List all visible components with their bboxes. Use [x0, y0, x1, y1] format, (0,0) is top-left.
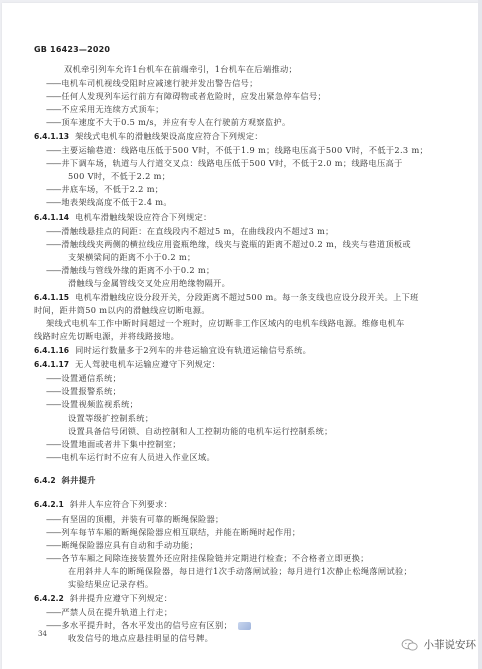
- list-item: ——各节车厢之间除连接装置外还应附挂保险链并定期进行检查；不合格者立即更换；: [46, 553, 369, 564]
- page-number: 34: [38, 630, 47, 638]
- list-dash: ——: [46, 620, 60, 630]
- list-dash: ——: [46, 452, 60, 462]
- list-dash: ——: [46, 386, 60, 396]
- line-text: 无人驾驶电机车运输应遵守下列规定：: [75, 359, 220, 369]
- standard-id: GB 16423—2020: [34, 45, 110, 54]
- list-dash: ——: [46, 553, 60, 563]
- line-text: 时间，距井筒50 m以内的滑触线应切断电源。: [34, 305, 210, 315]
- list-dash: ——: [46, 91, 60, 101]
- text-line: 滑触线与金属管线交叉处应用绝缘物隔开。: [68, 278, 230, 289]
- clause-number: 6.4.2.1: [34, 500, 64, 509]
- line-text: 任何人发现列车运行前方有障碍物或者危险时，应发出紧急停车信号；: [61, 91, 326, 101]
- text-line: 时间，距井筒50 m以内的滑触线应切断电源。: [34, 305, 210, 316]
- line-text: 在用斜井人车的断绳保险器，每日进行1次手动落闸试验；每月进行1次静止松绳落闸试验…: [68, 566, 412, 576]
- list-dash: ——: [46, 78, 60, 88]
- list-item: ——严禁人员在提升轨道上行走；: [46, 607, 172, 618]
- scrollbar-track[interactable]: [478, 0, 482, 669]
- list-item: ——井底车场，不低于2.2 m；: [46, 184, 163, 195]
- text-line: 架线式电机车工作中断时间超过一个班时，应切断非工作区域内的电机车线路电源。维修电…: [46, 318, 405, 329]
- list-dash: ——: [46, 117, 60, 127]
- line-text: 井下调车场，轨道与人行道交叉点：线路电压低于500 V时，不低于2.0 m；线路…: [61, 158, 402, 168]
- line-text: 严禁人员在提升轨道上行走；: [61, 607, 172, 617]
- list-dash: ——: [46, 197, 60, 207]
- line-text: 地表架线高度不低于2.4 m。: [61, 197, 172, 207]
- clause-line: 6.4.2.2斜井提升应遵守下列规定：: [34, 593, 172, 604]
- line-text: 设置通信系统；: [61, 373, 121, 383]
- clause-number: 6.4.1.17: [34, 360, 69, 369]
- list-item: ——设置通信系统；: [46, 373, 121, 384]
- clause-line: 6.4.1.14电机车滑触线架设应符合下列规定：: [34, 212, 212, 223]
- list-item: ——主要运输巷道：线路电压低于500 V时，不低于1.9 m；线路电压高于500…: [46, 145, 428, 156]
- line-text: 顶车速度不大于0.5 m/s，并应有专人在行驶前方观察监护。: [61, 117, 290, 127]
- line-text: 实验结果应记录存档。: [68, 579, 153, 589]
- text-line: 在用斜井人车的断绳保险器，每日进行1次手动落闸试验；每月进行1次静止松绳落闸试验…: [68, 566, 412, 577]
- list-item: ——电机车运行时不应有人员进入作业区域。: [46, 452, 215, 463]
- list-item: ——设置地面或者井下集中控制室；: [46, 439, 181, 450]
- clause-number: 6.4.2.2: [34, 594, 64, 603]
- watermark-text: 小菲说安环: [424, 637, 477, 652]
- list-dash: ——: [46, 439, 60, 449]
- line-text: 不应采用无连续方式顶车；: [61, 104, 163, 114]
- wechat-icon: [401, 638, 419, 652]
- list-dash: ——: [46, 104, 60, 114]
- line-text: 500 V时，不低于2.2 m；: [68, 171, 170, 181]
- list-dash: ——: [46, 373, 60, 383]
- text-line: 500 V时，不低于2.2 m；: [68, 171, 170, 182]
- clause-number: 6.4.1.15: [34, 293, 69, 302]
- line-text: 滑触线悬挂点的间距：在直线段内不超过5 m，在曲线段内不超过3 m；: [61, 226, 333, 236]
- clause-line: 6.4.2.1斜井人车应符合下列要求：: [34, 499, 172, 510]
- line-text: 设置视频监视系统；: [61, 399, 138, 409]
- list-item: ——地表架线高度不低于2.4 m。: [46, 197, 172, 208]
- clause-number: 6.4.2: [34, 476, 56, 485]
- line-text: 斜井人车应符合下列要求：: [70, 499, 172, 509]
- list-dash: ——: [46, 540, 60, 550]
- line-text: 架线式电机车的滑触线架设高度应符合下列规定：: [75, 131, 263, 141]
- list-item: ——多水平提升时，各水平发出的信号应有区别；: [46, 620, 251, 631]
- list-item: ——滑触线与管线外缘的距离不小于0.2 m；: [46, 265, 215, 276]
- line-text: 线路时应先切断电源，并将线路接地。: [34, 331, 179, 341]
- line-text: 设置等级扩控制系统；: [68, 413, 153, 423]
- text-line: 设置等级扩控制系统；: [68, 413, 153, 424]
- list-item: ——断绳保险器应具有自动和手动功能；: [46, 540, 198, 551]
- line-text: 滑触线线夹两侧的横拉线应用瓷瓶绝缘，线夹与瓷瓶的距离不超过0.2 m，线夹与巷道…: [61, 239, 411, 249]
- text-line: 线路时应先切断电源，并将线路接地。: [34, 331, 179, 342]
- line-text: 斜井提升: [62, 475, 96, 485]
- line-text: 电机车司机视线受阻时应减速行驶并发出警告信号；: [61, 78, 257, 88]
- list-dash: ——: [46, 226, 60, 236]
- line-text: 井底车场，不低于2.2 m；: [61, 184, 163, 194]
- list-dash: ——: [46, 239, 60, 249]
- line-text: 主要运输巷道：线路电压低于500 V时，不低于1.9 m；线路电压高于500 V…: [61, 145, 428, 155]
- clause-number: 6.4.1.13: [34, 132, 69, 141]
- document-page: GB 16423—2020 双机牵引列车允许1台机车在前端牵引，1台机车在后端推…: [2, 3, 478, 669]
- list-item: ——顶车速度不大于0.5 m/s，并应有专人在行驶前方观察监护。: [46, 117, 291, 128]
- line-text: 滑触线与管线外缘的距离不小于0.2 m；: [61, 265, 214, 275]
- list-item: ——滑触线悬挂点的间距：在直线段内不超过5 m，在曲线段内不超过3 m；: [46, 226, 334, 237]
- clause-line: 6.4.1.13架线式电机车的滑触线架设高度应符合下列规定：: [34, 131, 263, 142]
- clause-line: 6.4.2斜井提升: [34, 475, 96, 486]
- line-text: 有坚固的顶棚，并装有可靠的断绳保险器；: [61, 514, 223, 524]
- watermark: 小菲说安环: [401, 637, 477, 652]
- list-item: ——任何人发现列车运行前方有障碍物或者危险时，应发出紧急停车信号；: [46, 91, 326, 102]
- line-text: 设置地面或者井下集中控制室；: [61, 439, 181, 449]
- line-text: 设置具备信号闭锁、自动控制和人工控制功能的电机车运行控制系统；: [68, 426, 333, 436]
- list-dash: ——: [46, 607, 60, 617]
- clause-line: 6.4.1.17无人驾驶电机车运输应遵守下列规定：: [34, 359, 220, 370]
- list-item: ——不应采用无连续方式顶车；: [46, 104, 164, 115]
- text-line: 设置具备信号闭锁、自动控制和人工控制功能的电机车运行控制系统；: [68, 426, 333, 437]
- list-item: ——井下调车场，轨道与人行道交叉点：线路电压低于500 V时，不低于2.0 m；…: [46, 158, 403, 169]
- line-text: 架线式电机车工作中断时间超过一个班时，应切断非工作区域内的电机车线路电源。维修电…: [46, 318, 405, 328]
- clause-number: 6.4.1.14: [34, 213, 69, 222]
- line-text: 断绳保险器应具有自动和手动功能；: [61, 540, 198, 550]
- text-line: 双机牵引列车允许1台机车在前端牵引，1台机车在后端推动；: [64, 64, 297, 75]
- line-text: 支架横梁间的距离不小于0.2 m；: [68, 252, 196, 262]
- list-dash: ——: [46, 145, 60, 155]
- list-item: ——滑触线线夹两侧的横拉线应用瓷瓶绝缘，线夹与瓷瓶的距离不超过0.2 m，线夹与…: [46, 239, 411, 250]
- list-dash: ——: [46, 265, 60, 275]
- list-dash: ——: [46, 527, 60, 537]
- clause-line: 6.4.1.15电机车滑触线应设分段开关，分段距离不超过500 m。每一条支线也…: [34, 292, 419, 303]
- line-text: 收发信号的地点应悬挂明显的信号牌。: [68, 633, 213, 643]
- line-text: 电机车滑触线架设应符合下列规定：: [75, 212, 212, 222]
- inline-badge-icon: [238, 622, 251, 630]
- line-text: 电机车运行时不应有人员进入作业区域。: [61, 452, 215, 462]
- text-line: 收发信号的地点应悬挂明显的信号牌。: [68, 633, 213, 644]
- list-item: ——电机车司机视线受阻时应减速行驶并发出警告信号；: [46, 78, 258, 89]
- list-item: ——设置视频监视系统；: [46, 399, 138, 410]
- line-text: 同时运行数量多于2列车的井巷运输宜设有轨道运输信号系统。: [75, 345, 311, 355]
- text-line: 支架横梁间的距离不小于0.2 m；: [68, 252, 196, 263]
- list-dash: ——: [46, 399, 60, 409]
- line-text: 双机牵引列车允许1台机车在前端牵引，1台机车在后端推动；: [64, 64, 297, 74]
- text-line: 实验结果应记录存档。: [68, 579, 153, 590]
- line-text: 设置报警系统；: [61, 386, 121, 396]
- list-dash: ——: [46, 184, 60, 194]
- line-text: 斜井提升应遵守下列规定：: [70, 593, 172, 603]
- clause-number: 6.4.1.16: [34, 346, 69, 355]
- list-item: ——设置报警系统；: [46, 386, 121, 397]
- line-text: 各节车厢之间除连接装置外还应附挂保险链并定期进行检查；不合格者立即更换；: [61, 553, 368, 563]
- list-dash: ——: [46, 514, 60, 524]
- line-text: 电机车滑触线应设分段开关，分段距离不超过500 m。每一条支线也应设分段开关。上…: [75, 292, 419, 302]
- line-text: 滑触线与金属管线交叉处应用绝缘物隔开。: [68, 278, 230, 288]
- list-dash: ——: [46, 158, 60, 168]
- line-text: 多水平提升时，各水平发出的信号应有区别；: [61, 620, 232, 630]
- line-text: 列车每节车厢的断绳保险器应相互联结，并能在断绳时起作用；: [61, 527, 300, 537]
- list-item: ——列车每节车厢的断绳保险器应相互联结，并能在断绳时起作用；: [46, 527, 300, 538]
- clause-line: 6.4.1.16同时运行数量多于2列车的井巷运输宜设有轨道运输信号系统。: [34, 345, 311, 356]
- list-item: ——有坚固的顶棚，并装有可靠的断绳保险器；: [46, 514, 224, 525]
